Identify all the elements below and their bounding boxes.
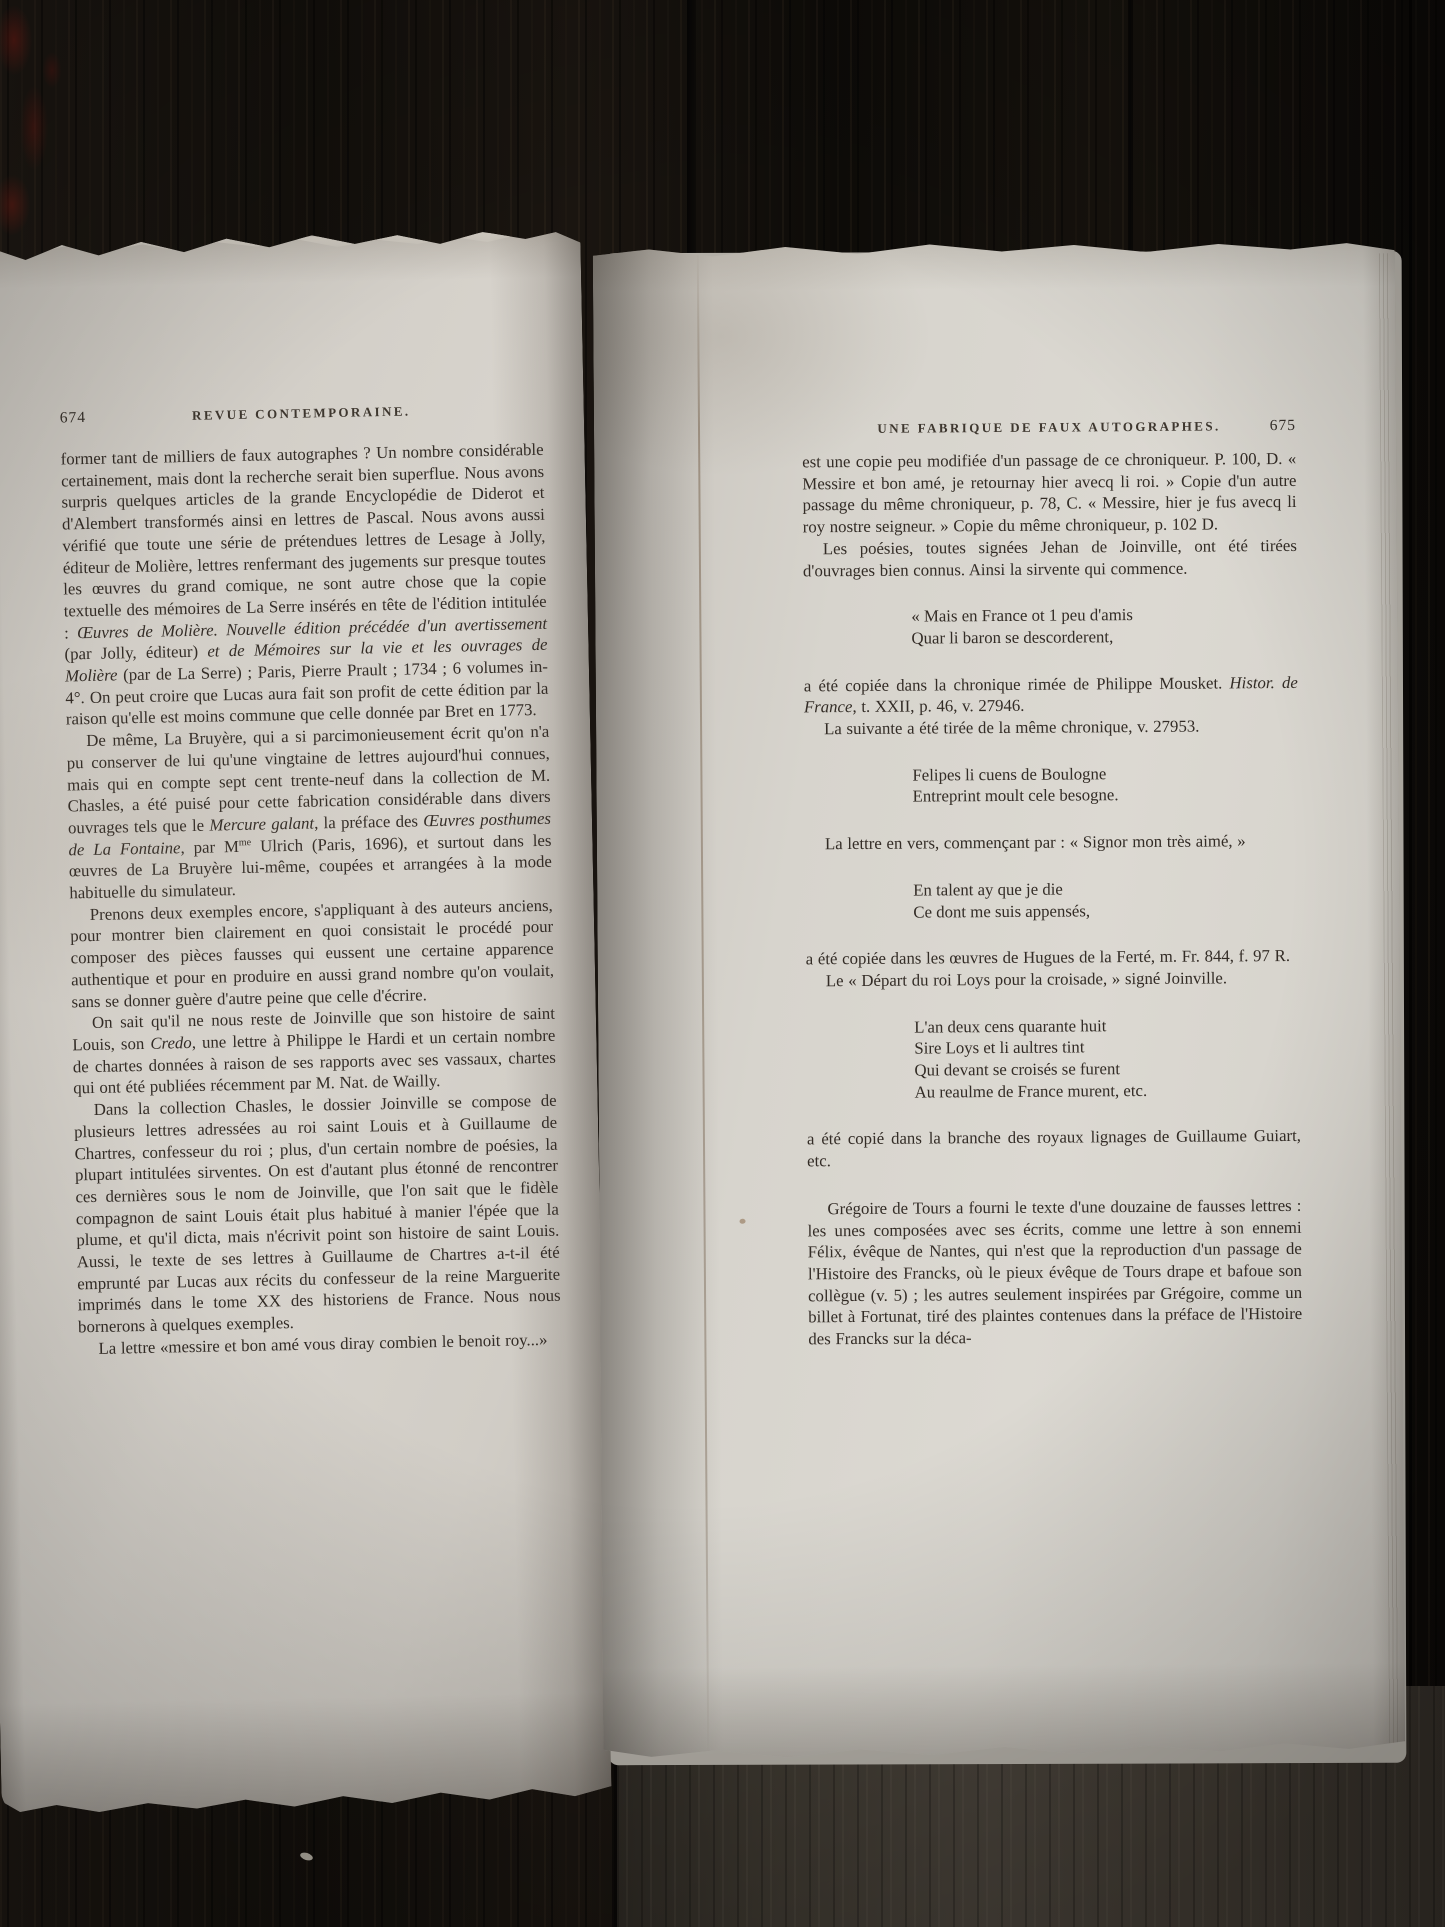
paragraph: La lettre en vers, commençant par : « Si… [805, 830, 1299, 855]
left-page-text: former tant de milliers de faux autograp… [60, 439, 561, 1360]
right-page-text: est une copie peu modifiée d'un passage … [802, 448, 1302, 1350]
italic-title: Mercure galant [209, 813, 314, 834]
verse-block: L'an deux cens quarante huit Sire Loys e… [914, 1014, 1301, 1104]
text-run: (par de La Serre) ; Paris, Pierre Prault… [65, 657, 548, 729]
left-page: 674 REVUE CONTEMPORAINE. former tant de … [0, 230, 612, 1814]
paragraph: Grégoire de Tours a fourni le texte d'un… [807, 1195, 1302, 1350]
paragraph: Prenons deux exemples encore, s'appliqua… [70, 894, 555, 1012]
text-run: a été copiée dans la chronique rimée de … [804, 673, 1230, 695]
paragraph: On sait qu'il ne nous reste de Joinville… [72, 1003, 557, 1099]
verse-line: En talent ay que je die [913, 877, 1299, 901]
verse-line: Qui devant se croisés se furent [914, 1057, 1300, 1081]
page-number: 675 [1270, 417, 1296, 435]
verse-line: Ce dont me suis appensés, [913, 898, 1299, 922]
paragraph: Dans la collection Chasles, le dossier J… [74, 1090, 562, 1338]
paragraph: former tant de milliers de faux autograp… [60, 439, 549, 731]
gutter-crease [697, 246, 710, 1758]
paragraph: a été copié dans la branche des royaux l… [807, 1125, 1301, 1172]
verse-block: Felipes li cuens de Boulogne Entreprint … [912, 762, 1298, 808]
verse-line: Felipes li cuens de Boulogne [912, 762, 1298, 786]
paragraph: De même, La Bruyère, qui a si parcimonie… [66, 721, 552, 904]
verse-line: « Mais en France ot 1 peu d'amis [911, 603, 1297, 627]
verse-block: « Mais en France ot 1 peu d'amis Quar li… [911, 603, 1297, 649]
plank-seam [687, 0, 696, 254]
verse-block: En talent ay que je die Ce dont me suis … [913, 877, 1299, 923]
verse-line: L'an deux cens quarante huit [914, 1014, 1300, 1038]
verse-line: Quar li baron se descorderent, [911, 625, 1297, 649]
paragraph: a été copiée dans la chronique rimée de … [804, 672, 1298, 719]
verse-line: Sire Loys et li aultres tint [914, 1035, 1300, 1059]
paragraph: La suivante a été tirée de la même chron… [804, 715, 1298, 740]
text-run: , par M [180, 837, 239, 857]
paragraph: Le « Départ du roi Loys pour la croisade… [806, 967, 1300, 992]
right-page: UNE FABRIQUE DE FAUX AUTOGRAPHES. 675 es… [593, 241, 1406, 1759]
verse-line: Au reaulme de France murent, etc. [915, 1079, 1301, 1103]
right-page-header: UNE FABRIQUE DE FAUX AUTOGRAPHES. 675 [802, 418, 1296, 441]
plank-seam [1128, 0, 1133, 258]
verse-line: Entreprint moult cele besogne. [913, 783, 1299, 807]
text-run: (par Jolly, éditeur) [64, 642, 207, 664]
plank-seam [1409, 0, 1412, 1927]
text-run: , t. XXII, p. 46, v. 27946. [852, 696, 1024, 716]
paragraph: Les poésies, toutes signées Jehan de Joi… [803, 535, 1297, 582]
running-title: UNE FABRIQUE DE FAUX AUTOGRAPHES. [802, 418, 1296, 437]
italic-title: Credo [150, 1033, 192, 1053]
foxing-spot [740, 1219, 746, 1224]
text-run: , la préface des [314, 811, 424, 832]
running-title: REVUE CONTEMPORAINE. [60, 401, 543, 427]
left-page-header: 674 REVUE CONTEMPORAINE. [60, 401, 543, 431]
text-run: former tant de milliers de faux autograp… [60, 440, 546, 642]
paragraph: est une copie peu modifiée d'un passage … [802, 448, 1297, 538]
superscript: me [239, 837, 251, 848]
